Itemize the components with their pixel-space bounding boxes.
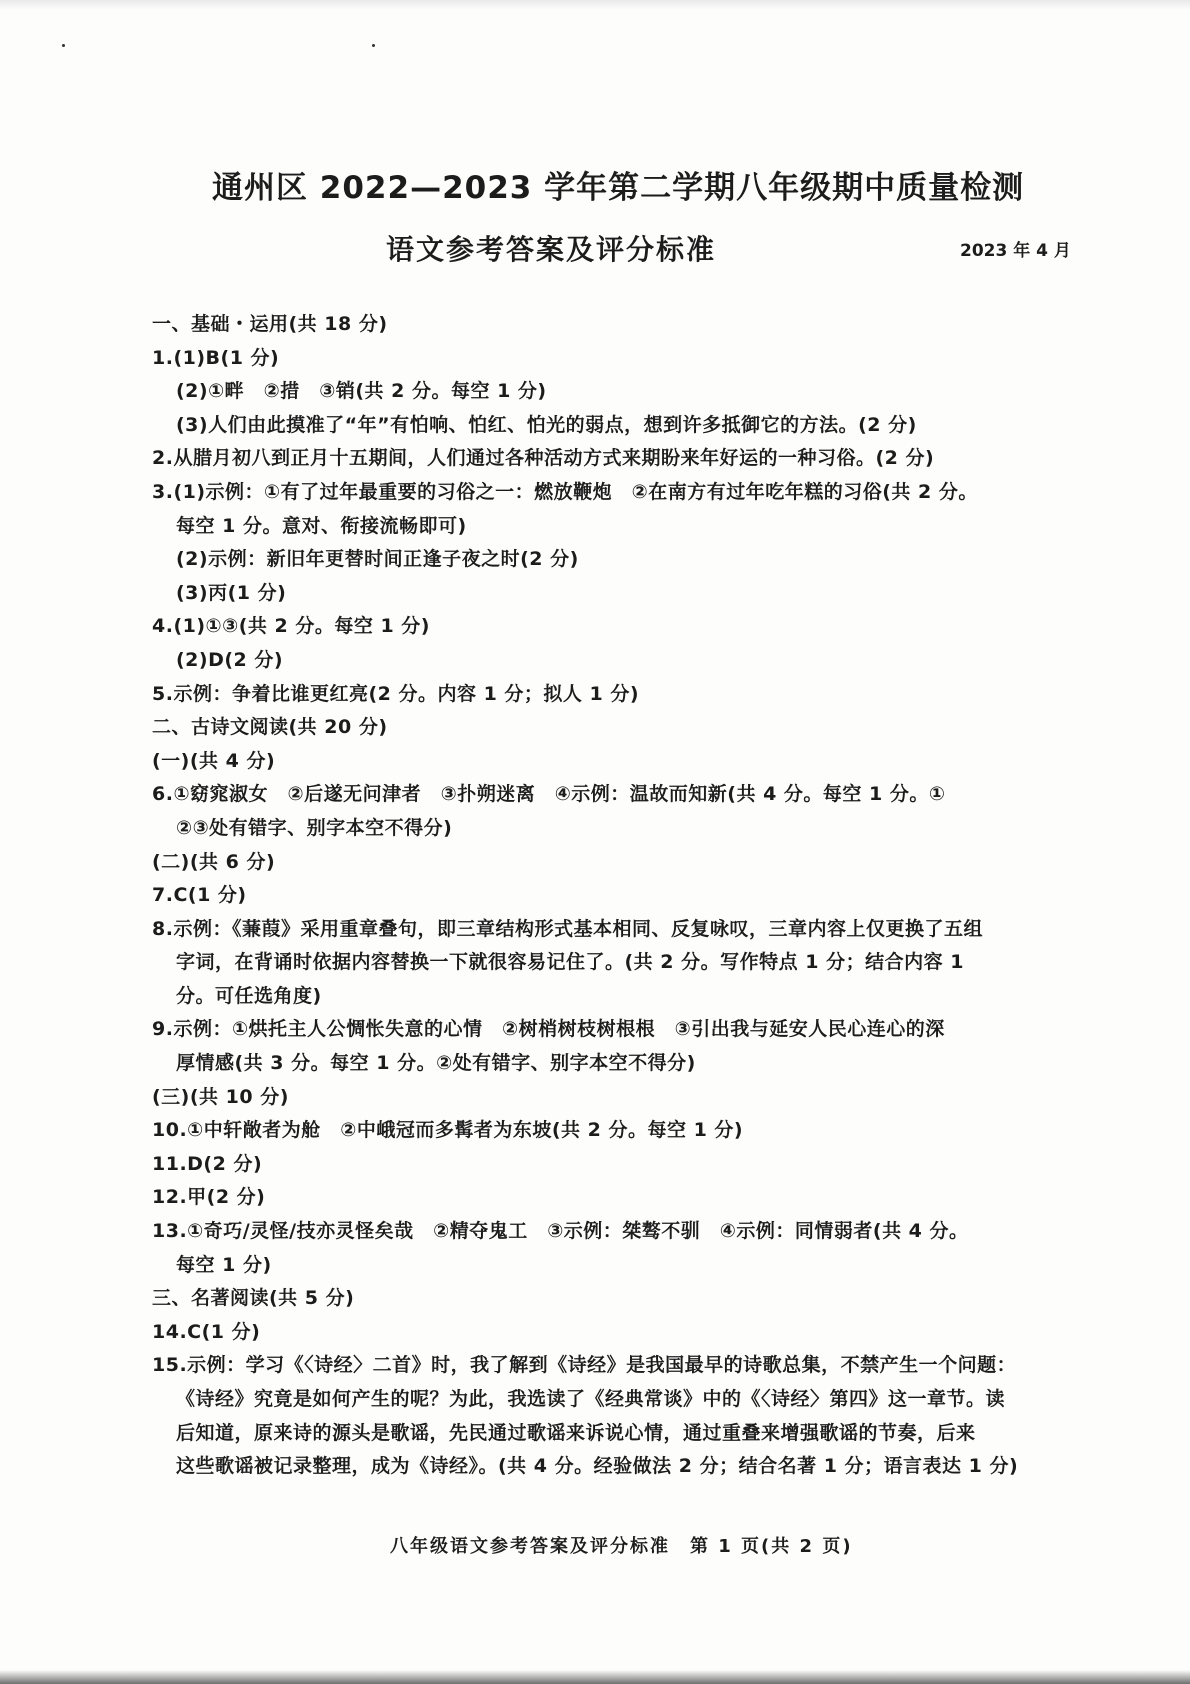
answer-line: 这些歌谣被记录整理，成为《诗经》。(共 4 分。经验做法 2 分；结合名著 1 … xyxy=(152,1450,1082,1484)
answer-line: ②③处有错字、别字本空不得分) xyxy=(152,812,1082,846)
answer-line: 9.示例：①烘托主人公惆怅失意的心情 ②树梢树枝树根根 ③引出我与延安人民心连心… xyxy=(152,1013,1082,1047)
answer-line: 《诗经》究竟是如何产生的呢？为此，我选读了《经典常谈》中的《〈诗经〉第四》这一章… xyxy=(152,1383,1082,1417)
answer-line: (3)人们由此摸准了“年”有怕响、怕红、怕光的弱点，想到许多抵御它的方法。(2 … xyxy=(152,409,1082,443)
answer-line: (2)D(2 分) xyxy=(152,644,1082,678)
answer-line: (一)(共 4 分) xyxy=(152,745,1082,779)
scan-speck xyxy=(372,44,375,47)
answer-line: 三、名著阅读(共 5 分) xyxy=(152,1282,1082,1316)
answer-line: 7.C(1 分) xyxy=(152,879,1082,913)
answer-line: 4.(1)①③(共 2 分。每空 1 分) xyxy=(152,610,1082,644)
answer-line: 15.示例：学习《〈诗经〉二首》时，我了解到《诗经》是我国最早的诗歌总集，不禁产… xyxy=(152,1349,1082,1383)
answer-line: 12.甲(2 分) xyxy=(152,1181,1082,1215)
answer-line: 分。可任选角度) xyxy=(152,980,1082,1014)
answer-line: 二、古诗文阅读(共 20 分) xyxy=(152,711,1082,745)
scan-edge-top xyxy=(0,0,1190,10)
answer-line: 10.①中轩敞者为舱 ②中峨冠而多髯者为东坡(共 2 分。每空 1 分) xyxy=(152,1114,1082,1148)
answer-line: (3)丙(1 分) xyxy=(152,577,1082,611)
answer-line: 厚情感(共 3 分。每空 1 分。②处有错字、别字本空不得分) xyxy=(152,1047,1082,1081)
answer-line: 2.从腊月初八到正月十五期间，人们通过各种活动方式来期盼来年好运的一种习俗。(2… xyxy=(152,442,1082,476)
scan-edge-bottom xyxy=(0,1670,1190,1684)
answer-content: 一、基础・运用(共 18 分)1.(1)B(1 分)(2)①畔 ②措 ③销(共 … xyxy=(152,308,1082,1484)
answer-line: (2)①畔 ②措 ③销(共 2 分。每空 1 分) xyxy=(152,375,1082,409)
document-title: 通州区 2022—2023 学年第二学期八年级期中质量检测 xyxy=(212,162,1024,207)
answer-line: 6.①窈窕淑女 ②后遂无问津者 ③扑朔迷离 ④示例：温故而知新(共 4 分。每空… xyxy=(152,778,1082,812)
answer-line: 5.示例：争着比谁更红亮(2 分。内容 1 分；拟人 1 分) xyxy=(152,678,1082,712)
answer-line: 1.(1)B(1 分) xyxy=(152,342,1082,376)
answer-line: 字词，在背诵时依据内容替换一下就很容易记住了。(共 2 分。写作特点 1 分；结… xyxy=(152,946,1082,980)
document-subtitle: 语文参考答案及评分标准 xyxy=(386,228,716,268)
page-footer: 八年级语文参考答案及评分标准 第 1 页(共 2 页) xyxy=(390,1532,853,1558)
answer-line: 13.①奇巧/灵怪/技亦灵怪矣哉 ②精夺鬼工 ③示例：桀骜不驯 ④示例：同情弱者… xyxy=(152,1215,1082,1249)
answer-line: 每空 1 分) xyxy=(152,1249,1082,1283)
answer-line: 8.示例：《蒹葭》采用重章叠句，即三章结构形式基本相同、反复咏叹，三章内容上仅更… xyxy=(152,913,1082,947)
answer-line: 后知道，原来诗的源头是歌谣，先民通过歌谣来诉说心情，通过重叠来增强歌谣的节奏，后… xyxy=(152,1417,1082,1451)
scan-speck xyxy=(62,44,65,47)
answer-line: 11.D(2 分) xyxy=(152,1148,1082,1182)
answer-line: 一、基础・运用(共 18 分) xyxy=(152,308,1082,342)
document-date: 2023 年 4 月 xyxy=(960,236,1071,261)
answer-line: 每空 1 分。意对、衔接流畅即可) xyxy=(152,510,1082,544)
answer-line: 3.(1)示例：①有了过年最重要的习俗之一：燃放鞭炮 ②在南方有过年吃年糕的习俗… xyxy=(152,476,1082,510)
answer-line: (2)示例：新旧年更替时间正逢子夜之时(2 分) xyxy=(152,543,1082,577)
answer-line: (三)(共 10 分) xyxy=(152,1081,1082,1115)
answer-line: 14.C(1 分) xyxy=(152,1316,1082,1350)
answer-line: (二)(共 6 分) xyxy=(152,846,1082,880)
